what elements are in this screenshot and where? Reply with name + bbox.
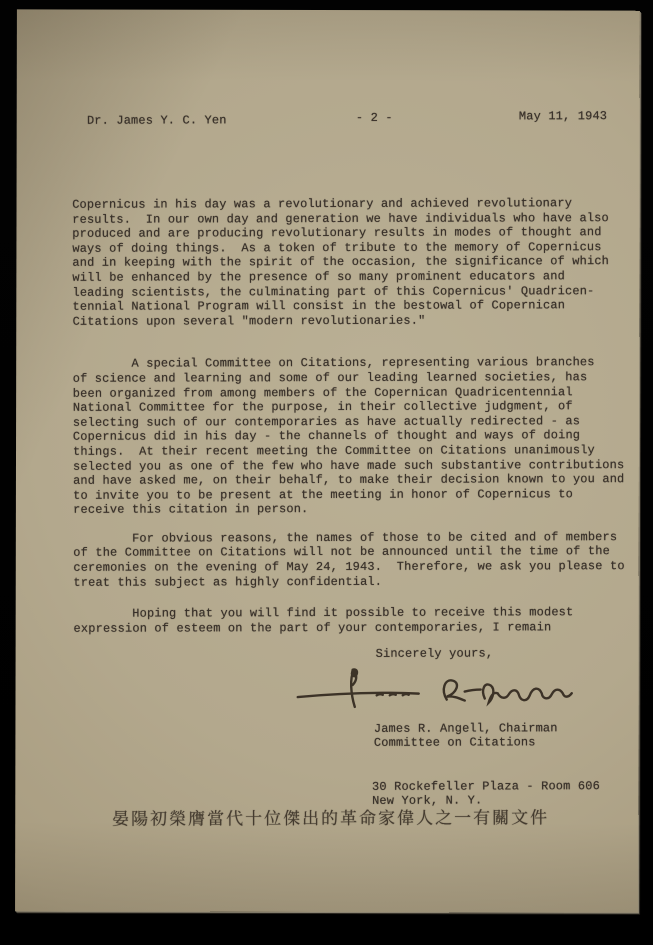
paragraph-2: A special Committee on Citations, repres…: [73, 355, 649, 517]
signer-name-title: James R. Angell, Chairman: [374, 721, 558, 736]
paragraph-1: Copernicus in his day was a revolutionar…: [72, 196, 647, 329]
header-recipient: Dr. James Y. C. Yen: [87, 113, 227, 128]
letter-page: Dr. James Y. C. Yen - 2 - May 11, 1943 C…: [15, 9, 640, 912]
signature-handwriting: [295, 665, 575, 714]
header-page-number: - 2 -: [356, 111, 393, 126]
paragraph-3: For obvious reasons, the names of those …: [73, 530, 648, 590]
header-date: May 11, 1943: [519, 109, 607, 124]
photo-backdrop: Dr. James Y. C. Yen - 2 - May 11, 1943 C…: [0, 0, 653, 945]
chinese-annotation: 晏陽初榮膺當代十位傑出的革命家偉人之一有關文件: [112, 803, 549, 829]
letter-content: Dr. James Y. C. Yen - 2 - May 11, 1943 C…: [15, 9, 641, 913]
valediction: Sincerely yours,: [376, 646, 494, 661]
signer-committee: Committee on Citations: [374, 735, 536, 750]
letter-body: Copernicus in his day was a revolutionar…: [72, 196, 648, 636]
paragraph-4: Hoping that you will find it possible to…: [73, 605, 648, 636]
address-line-1: 30 Rockefeller Plaza - Room 606: [372, 779, 600, 794]
